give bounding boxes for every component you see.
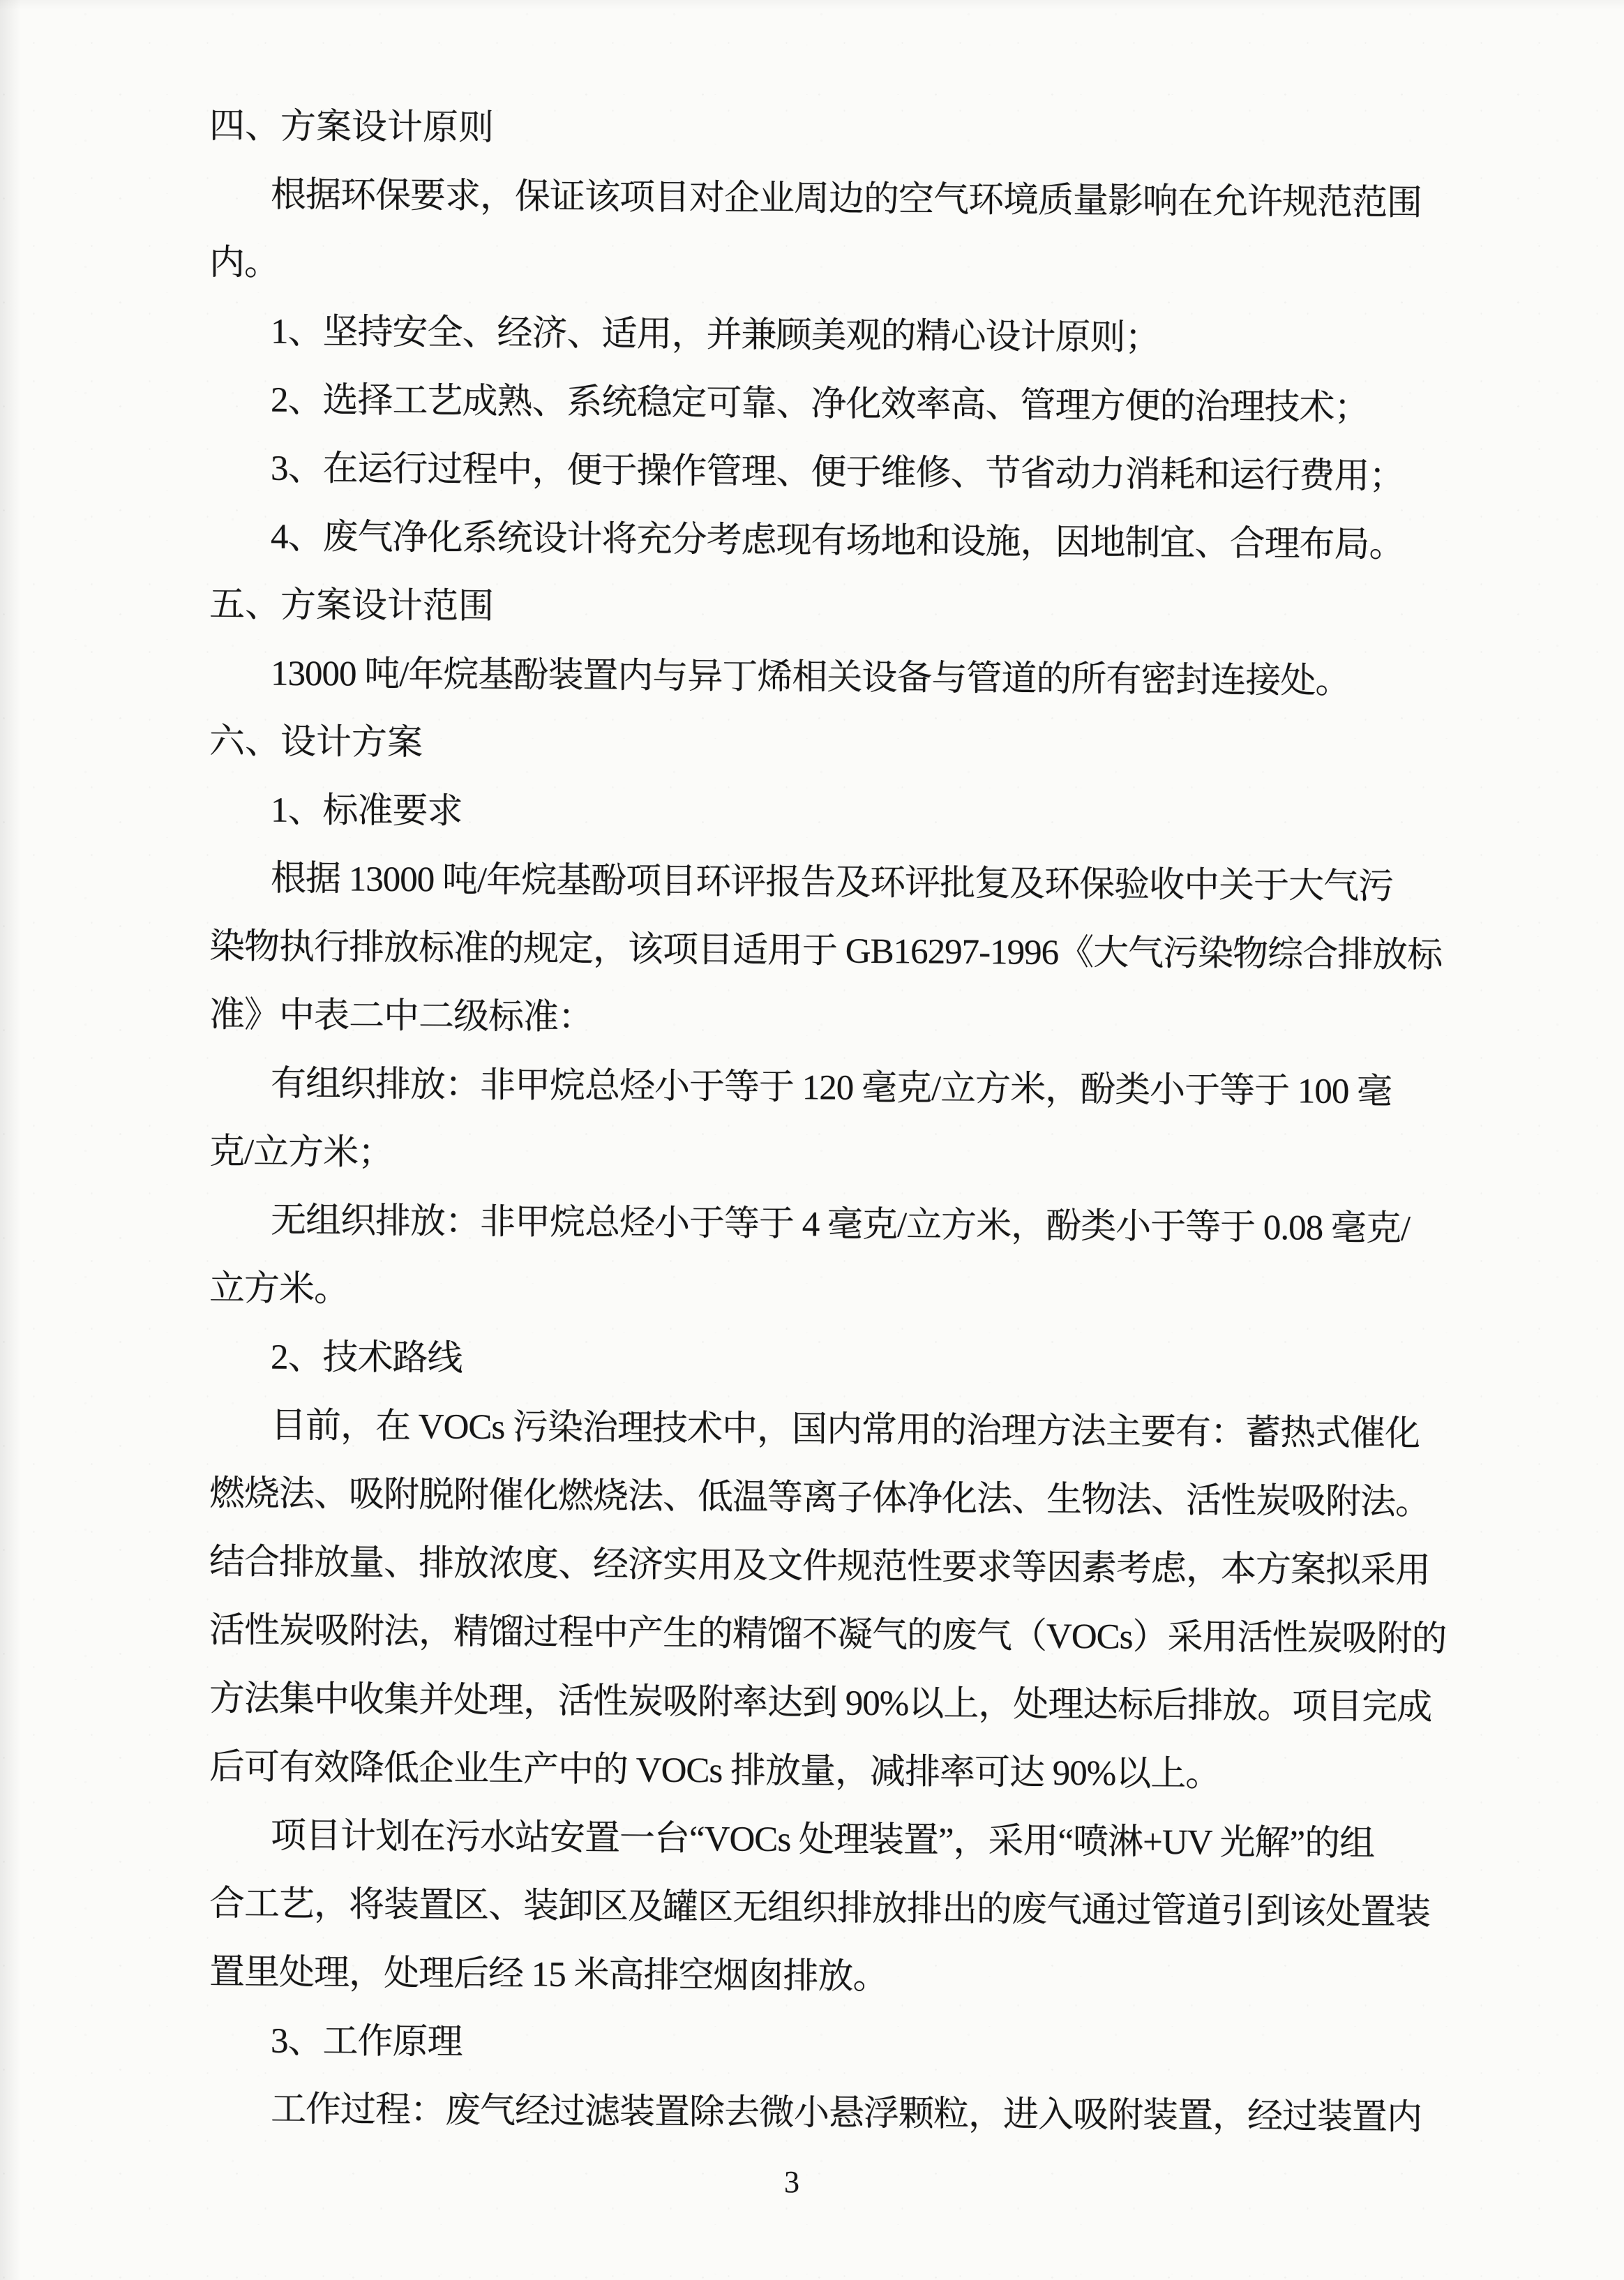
section-heading: 六、设计方案 bbox=[209, 707, 1475, 785]
paragraph-line: 后可有效降低企业生产中的 VOCs 排放量，减排率可达 90%以上。 bbox=[209, 1733, 1475, 1810]
paragraph-line: 目前，在 VOCs 污染治理技术中，国内常用的治理方法主要有：蓄热式催化 bbox=[209, 1391, 1475, 1469]
paragraph-line: 根据环保要求，保证该项目对企业周边的空气环境质量影响在允许规范范围 bbox=[209, 160, 1475, 238]
paragraph-line: 准》中表二中二级标准： bbox=[209, 981, 1475, 1058]
list-item-line: 1、标准要求 bbox=[209, 776, 1475, 853]
paragraph-line: 立方米。 bbox=[209, 1254, 1475, 1332]
paragraph-line: 根据 13000 吨/年烷基酚项目环评报告及环评批复及环保验收中关于大气污 bbox=[209, 844, 1475, 922]
document-body: 四、方案设计原则根据环保要求，保证该项目对企业周边的空气环境质量影响在允许规范范… bbox=[209, 92, 1475, 2152]
list-item-line: 1、坚持安全、经济、适用，并兼顾美观的精心设计原则； bbox=[209, 297, 1475, 375]
paragraph-line: 置里处理，处理后经 15 米高排空烟囱排放。 bbox=[209, 1938, 1475, 2016]
section-heading: 五、方案设计范围 bbox=[209, 571, 1475, 648]
list-item-line: 3、在运行过程中，便于操作管理、便于维修、节省动力消耗和运行费用； bbox=[209, 434, 1475, 511]
paragraph-line: 染物执行排放标准的规定，该项目适用于 GB16297-1996《大气污染物综合排… bbox=[209, 913, 1475, 990]
page-number: 3 bbox=[784, 2161, 799, 2203]
list-item-line: 3、工作原理 bbox=[209, 2007, 1475, 2084]
section-heading: 四、方案设计原则 bbox=[209, 92, 1475, 170]
list-item-line: 2、技术路线 bbox=[209, 1323, 1475, 1400]
paragraph-line: 方法集中收集并处理，活性炭吸附率达到 90%以上，处理达标后排放。项目完成 bbox=[209, 1665, 1475, 1742]
paragraph-line: 13000 吨/年烷基酚装置内与异丁烯相关设备与管道的所有密封连接处。 bbox=[209, 639, 1475, 717]
paragraph-line: 活性炭吸附法，精馏过程中产生的精馏不凝气的废气（VOCs）采用活性炭吸附的 bbox=[209, 1596, 1475, 1674]
paragraph-line: 无组织排放：非甲烷总烃小于等于 4 毫克/立方米，酚类小于等于 0.08 毫克/ bbox=[209, 1186, 1475, 1263]
paragraph-line: 克/立方米； bbox=[209, 1118, 1475, 1195]
paragraph-line: 工作过程：废气经过滤装置除去微小悬浮颗粒，进入吸附装置，经过装置内 bbox=[209, 2075, 1475, 2152]
paragraph-line: 内。 bbox=[209, 229, 1475, 306]
list-item-line: 2、选择工艺成熟、系统稳定可靠、净化效率高、管理方便的治理技术； bbox=[209, 366, 1475, 443]
paragraph-line: 项目计划在污水站安置一台“VOCs 处理装置”，采用“喷淋+UV 光解”的组 bbox=[209, 1801, 1475, 1879]
paragraph-line: 合工艺，将装置区、装卸区及罐区无组织排放排出的废气通过管道引到该处置装 bbox=[209, 1870, 1475, 1947]
paragraph-line: 有组织排放：非甲烷总烃小于等于 120 毫克/立方米，酚类小于等于 100 毫 bbox=[209, 1049, 1475, 1127]
paragraph-line: 燃烧法、吸附脱附催化燃烧法、低温等离子体净化法、生物法、活性炭吸附法。 bbox=[209, 1460, 1475, 1537]
paragraph-line: 结合排放量、排放浓度、经济实用及文件规范性要求等因素考虑，本方案拟采用 bbox=[209, 1528, 1475, 1605]
list-item-line: 4、废气净化系统设计将充分考虑现有场地和设施，因地制宜、合理布局。 bbox=[209, 502, 1475, 580]
document-page: 四、方案设计原则根据环保要求，保证该项目对企业周边的空气环境质量影响在允许规范范… bbox=[0, 0, 1624, 2280]
